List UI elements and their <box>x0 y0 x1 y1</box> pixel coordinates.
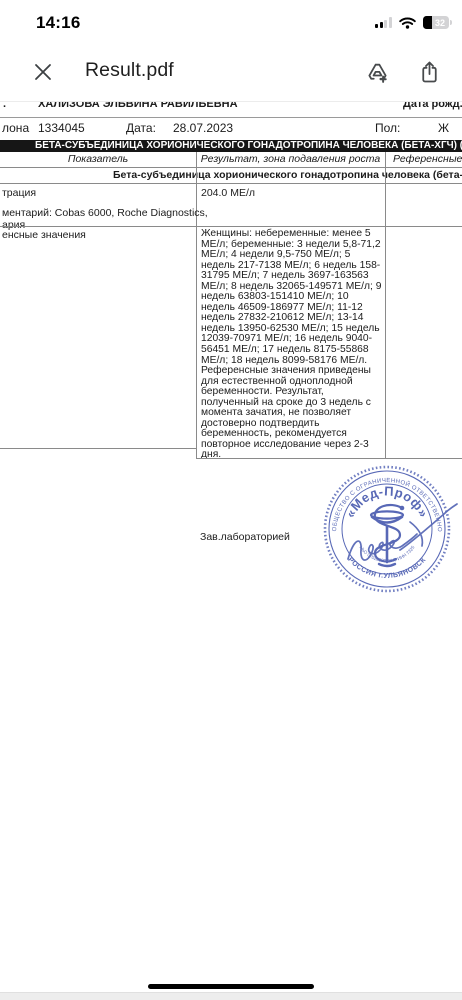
patient-header-row: . ХАЛИЗОВА ЭЛЬВИНА РАВИЛЬЕВНА Дата рожд.… <box>0 101 462 115</box>
date-label: Дата: <box>126 121 156 135</box>
reference-label-fragment: енсные значения <box>2 229 86 241</box>
indicator-label-fragment: трация <box>2 187 36 199</box>
sex-value: Ж <box>438 121 449 135</box>
pdf-page-viewport[interactable]: . ХАЛИЗОВА ЭЛЬВИНА РАВИЛЬЕВНА Дата рожд.… <box>0 101 462 993</box>
wifi-icon <box>399 17 416 29</box>
patient-name: ХАЛИЗОВА ЭЛЬВИНА РАВИЛЬЕВНА <box>38 101 238 110</box>
table-border <box>0 167 462 168</box>
cellular-signal-icon <box>375 17 392 28</box>
table-border <box>0 117 462 118</box>
pdf-viewer-toolbar: Result.pdf <box>0 44 462 100</box>
home-indicator[interactable] <box>148 984 314 989</box>
battery-icon: 32 <box>423 16 449 29</box>
battery-percent: 32 <box>431 18 449 28</box>
share-button[interactable] <box>414 57 444 87</box>
status-icons: 32 <box>375 16 449 29</box>
column-header-reference: Референсные з <box>393 153 462 165</box>
order-number: 1334045 <box>38 121 85 135</box>
add-to-drive-icon <box>365 60 390 85</box>
status-bar: 14:16 32 <box>0 0 462 44</box>
share-icon <box>417 60 442 85</box>
bottom-strip <box>0 992 462 1000</box>
table-border <box>0 448 196 449</box>
battery-nub <box>450 20 452 25</box>
add-to-drive-button[interactable] <box>362 57 392 87</box>
date-value: 28.07.2023 <box>173 121 233 135</box>
test-section-title-bar: БЕТА-СУБЪЕДИНИЦА ХОРИОНИЧЕСКОГО ГОНАДОТР… <box>0 140 462 152</box>
sex-label: Пол: <box>375 121 400 135</box>
table-border <box>0 183 462 184</box>
table-border <box>385 152 386 458</box>
comment-line: ментарий: Cobas 6000, Roche Diagnostics, <box>2 207 208 219</box>
clipped-text-fragment: лона <box>2 121 29 135</box>
analyte-subheader: Бета-субъединица хорионического гонадотр… <box>113 169 462 181</box>
document-title: Result.pdf <box>85 59 174 82</box>
column-header-result: Результат, зона подавления роста <box>196 153 385 165</box>
clipped-text-fragment: . <box>3 101 6 110</box>
reference-values-text: Женщины: небеременные: менее 5 МЕ/л; бер… <box>201 229 384 461</box>
birth-date-label: Дата рожд.: 22. <box>403 101 462 110</box>
close-icon <box>34 63 52 81</box>
lab-head-label: Зав.лабораторией <box>200 531 290 543</box>
lab-stamp: ОБЩЕСТВО С ОГРАНИЧЕННОЙ ОТВЕТСТВЕННОСТЬЮ… <box>312 454 462 604</box>
result-value: 204.0 МЕ/л <box>201 187 255 199</box>
table-border <box>196 152 197 458</box>
column-header-indicator: Показатель <box>0 153 196 165</box>
close-button[interactable] <box>28 57 58 87</box>
clock: 14:16 <box>36 13 80 33</box>
table-border <box>0 226 462 227</box>
phone-screen: 14:16 32 Result.pdf <box>0 0 462 1000</box>
test-section-title: БЕТА-СУБЪЕДИНИЦА ХОРИОНИЧЕСКОГО ГОНАДОТР… <box>0 140 462 151</box>
